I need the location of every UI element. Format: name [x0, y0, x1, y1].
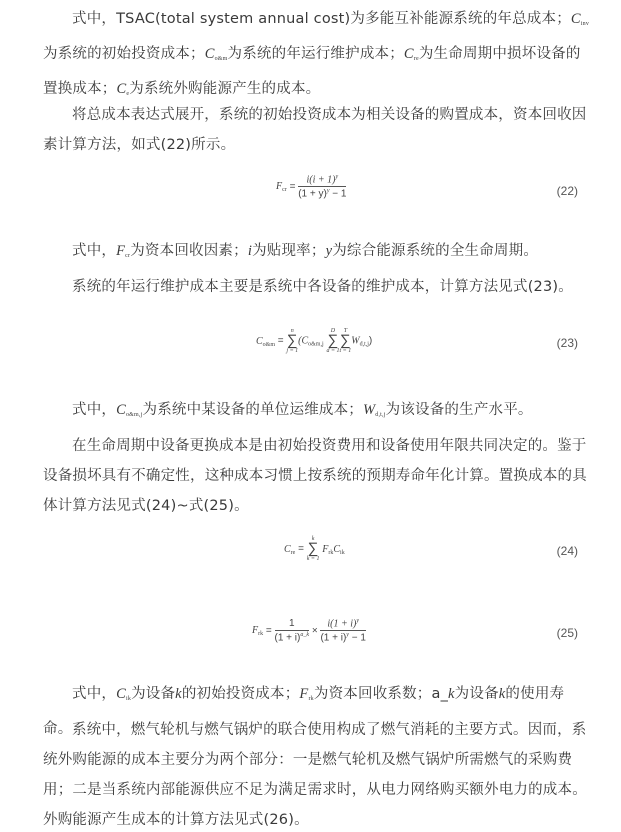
symbol-c-om: Co&m — [205, 46, 228, 62]
equation-24: Cre = k∑k = 1 FrkCik — [284, 536, 345, 562]
equation-number-24: (24) — [557, 544, 578, 558]
equation-number-23: (23) — [557, 336, 578, 350]
sum-symbol: k∑k = 1 — [307, 536, 320, 562]
equation-23: Co&m = n∑j = 1(Co&m,j D∑d = 1T∑t = 1Wd,t… — [256, 328, 372, 354]
paragraph-external-energy: 系统中，燃气轮机与燃气锅炉的联合使用构成了燃气消耗的主要方式。因而，系统外购能源… — [43, 715, 591, 832]
sum-symbol: n∑j = 1 — [286, 328, 298, 354]
paragraph-unit-om-def: 式中，Co&m,j为系统中某设备的单位运维成本；Wd,t,j为该设备的生产水平。 — [43, 395, 591, 430]
paragraph-initial-investment: 将总成本表达式展开，系统的初始投资成本为相关设备的购置成本，资本回收因素计算方法… — [43, 100, 591, 160]
equation-22: Fcr = i(i + 1)y (1 + y)y − 1 — [276, 174, 346, 200]
text: 为系统的初始投资成本； — [43, 46, 205, 62]
equation-number-22: (22) — [557, 184, 578, 198]
paragraph-replacement-cost: 在生命周期中设备更换成本是由初始投资费用和设备使用年限共同决定的。鉴于设备损坏具… — [43, 431, 591, 521]
sum-symbol: T∑t = 1 — [340, 328, 352, 354]
paragraph-cost-definitions: 式中，TSAC(total system annual cost)为多能互补能源… — [43, 4, 591, 109]
equals-sign: = — [290, 181, 296, 192]
equation-number-25: (25) — [557, 626, 578, 640]
text: 为系统的年运行维护成本； — [228, 46, 404, 62]
paragraph-om-cost: 系统的年运行维护成本主要是系统中各设备的维护成本，计算方法见式(23)。 — [43, 272, 591, 302]
sum-symbol: D∑d = 1 — [326, 328, 339, 354]
eq22-lhs: Fcr — [276, 181, 287, 192]
symbol-c-e: Ce — [117, 81, 130, 97]
symbol-c-re: Cre — [404, 46, 419, 62]
eq22-fraction: i(i + 1)y (1 + y)y − 1 — [298, 174, 346, 200]
text: 为系统外购能源产生的成本。 — [129, 81, 320, 97]
text: 式中，TSAC(total system annual cost)为多能互补能源… — [72, 11, 571, 27]
equation-25: Frk = 1(1 + i)a_k × i(1 + i)y(1 + i)y − … — [252, 618, 366, 644]
symbol-c-inv: Cinv — [571, 11, 589, 27]
paragraph-capital-recovery-def: 式中，Fcr为资本回收因素；i为贴现率；y为综合能源系统的全生命周期。 — [43, 236, 591, 271]
